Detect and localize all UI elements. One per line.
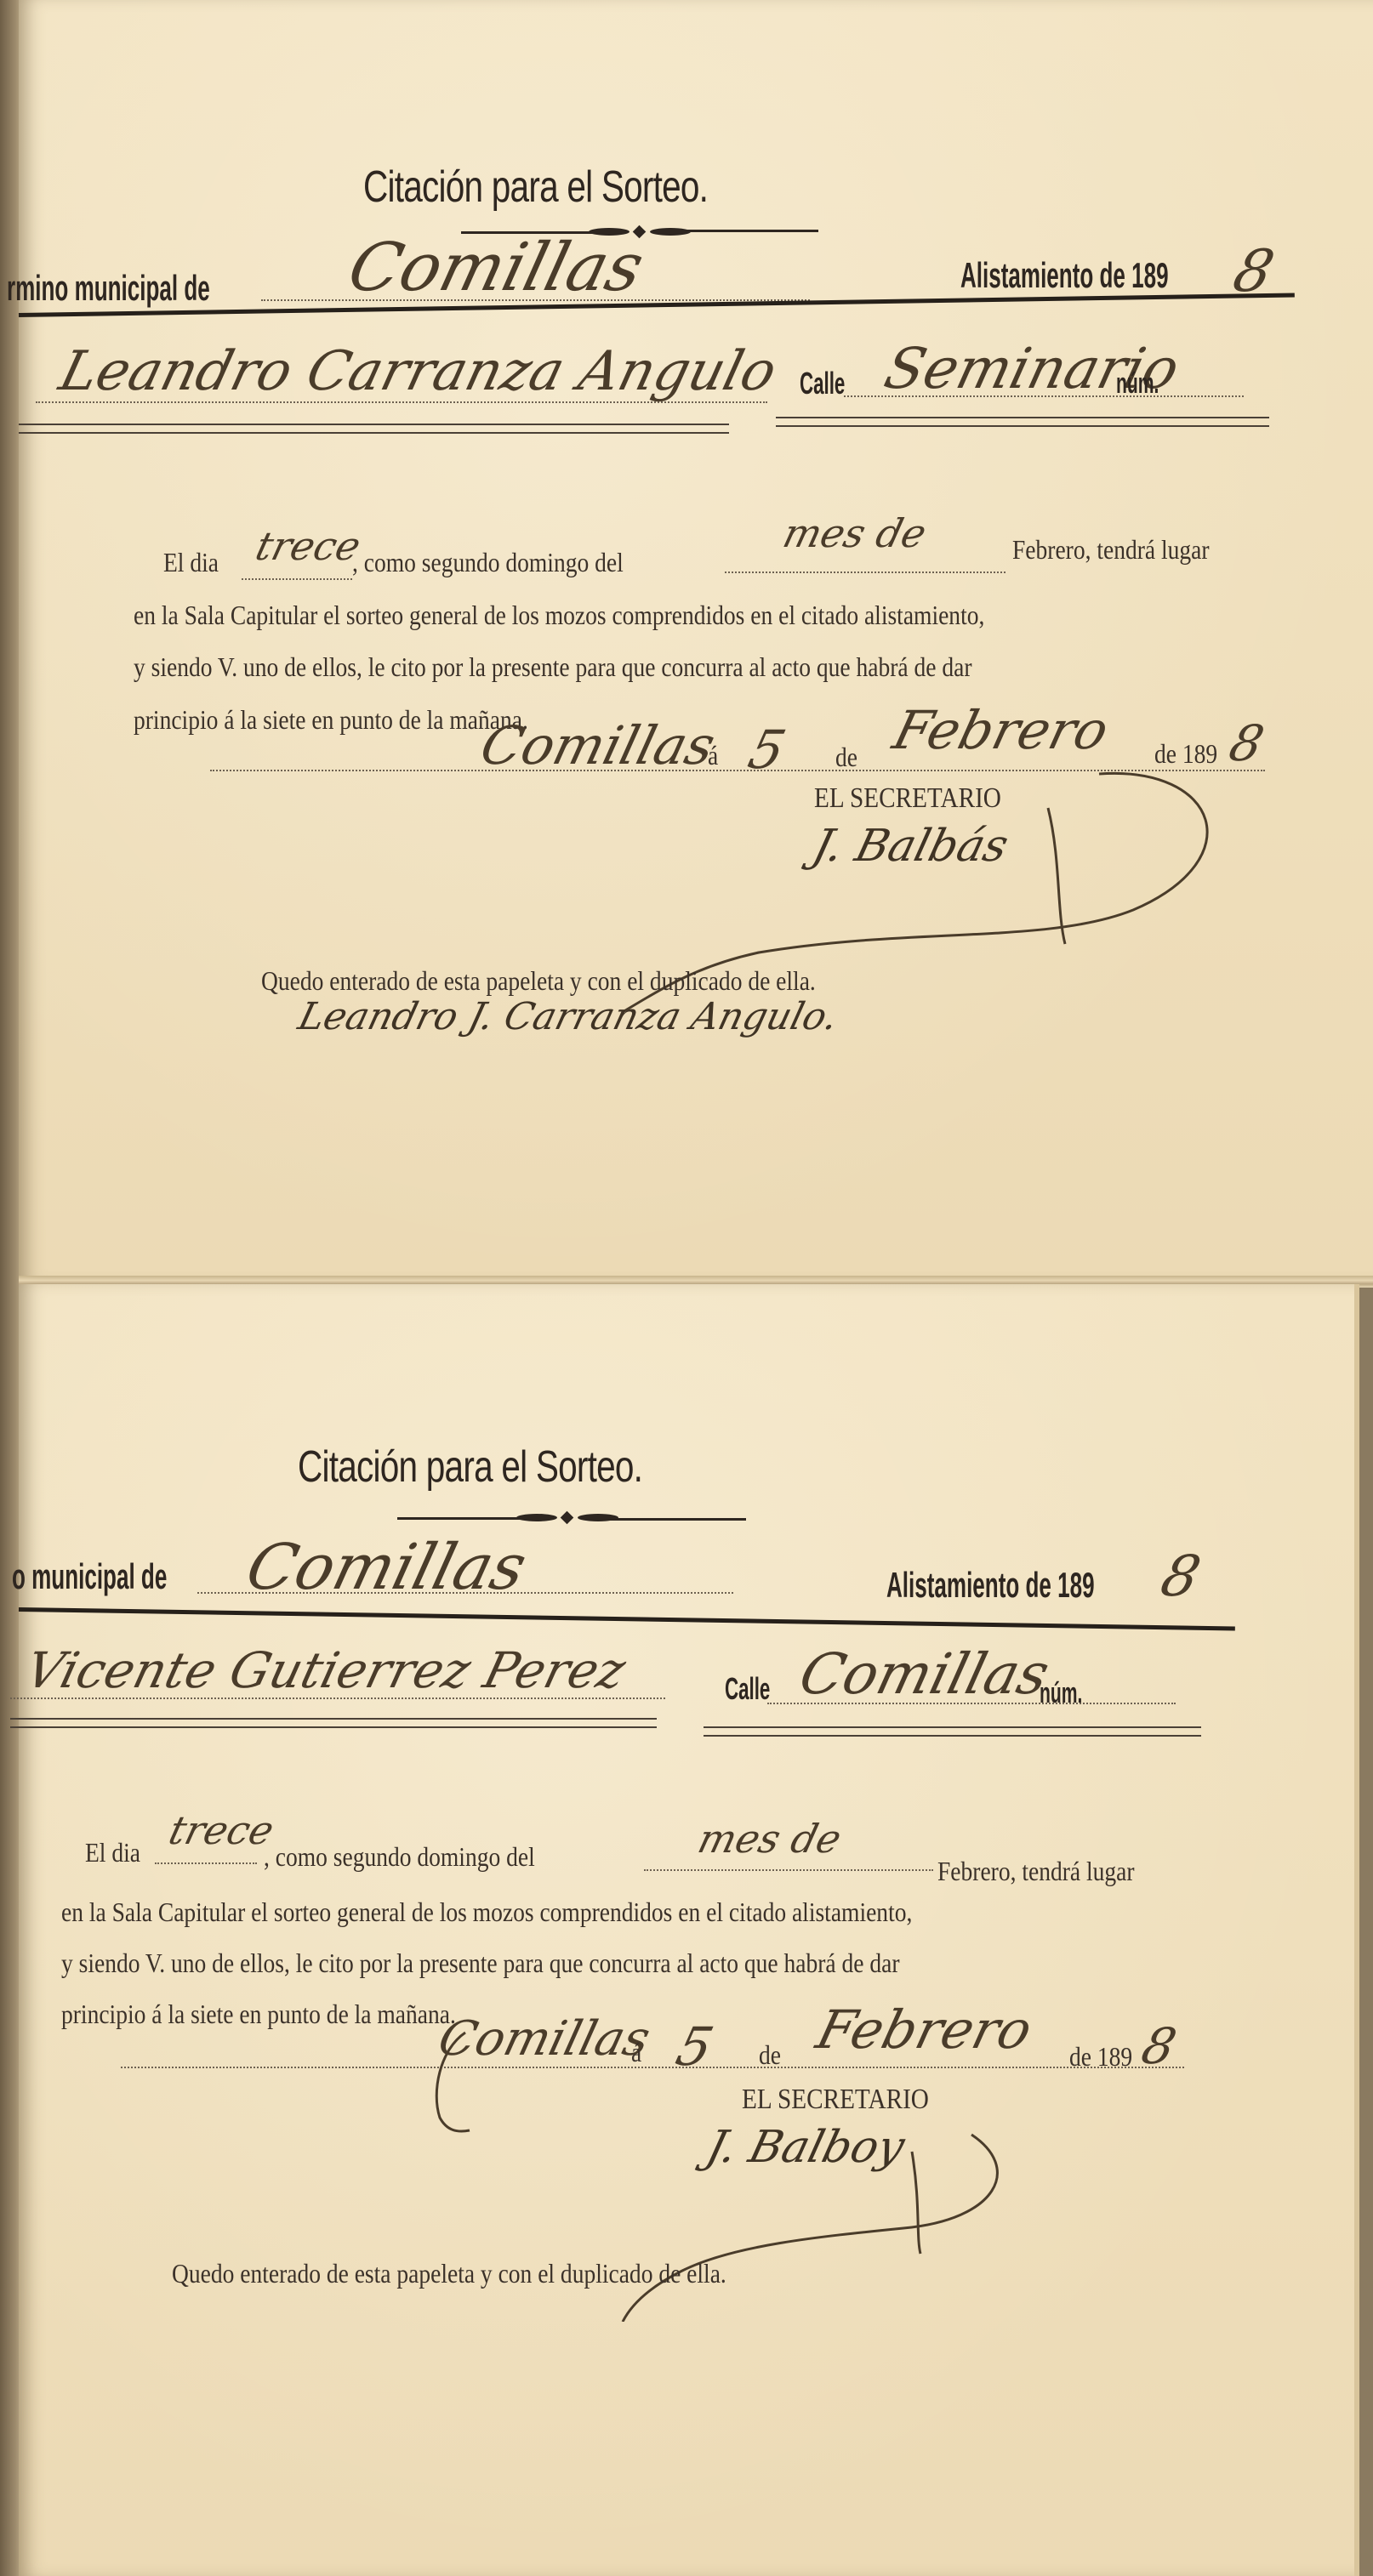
- enlistment-label: Alistamiento de 189: [886, 1565, 1095, 1606]
- name-double-rule: [10, 1718, 657, 1728]
- year-label: de 189: [1154, 738, 1217, 770]
- para-suffix: Febrero, tendrá lugar: [1012, 534, 1210, 566]
- recipient-name: Leandro Carranza Angulo: [54, 340, 783, 403]
- recipient-signature: Leandro J. Carranza Angulo.: [294, 995, 843, 1038]
- day-number: 5: [670, 2016, 720, 2078]
- municipality-value: Comillas: [239, 1531, 533, 1604]
- municipality-label: rmino municipal de: [7, 268, 210, 309]
- year-digit: 8: [1224, 714, 1270, 772]
- month-hand: Febrero: [887, 699, 1115, 761]
- date-line: [121, 2067, 1184, 2068]
- street-double-rule: [776, 417, 1269, 427]
- para-line-4: principio á la siete en punto de la maña…: [61, 1999, 456, 2030]
- street-double-rule: [704, 1726, 1201, 1737]
- date-de: de: [835, 742, 857, 773]
- date-de: de: [759, 2039, 781, 2071]
- day-line: [242, 578, 352, 580]
- secretary-label: EL SECRETARIO: [814, 782, 1001, 815]
- para-line-2: en la Sala Capitular el sorteo general d…: [61, 1896, 912, 1928]
- year-label: de 189: [1069, 2041, 1132, 2073]
- header-rule: [19, 293, 1295, 317]
- acknowledgement-text: Quedo enterado de esta papeleta y con el…: [261, 965, 816, 997]
- date-a: á: [631, 2037, 641, 2068]
- citation-page-2: Citación para el Sorteo. o municipal de …: [19, 1284, 1359, 2576]
- month-line: [644, 1869, 933, 1871]
- month-phrase: mes de: [693, 1816, 846, 1862]
- title-ornament: [397, 1511, 746, 1525]
- para-mid: , como segundo domingo del: [352, 547, 624, 578]
- para-line-3: y siendo V. uno de ellos, le cito por la…: [61, 1948, 900, 1979]
- day-number: 5: [743, 719, 792, 781]
- month-phrase: mes de: [778, 510, 931, 556]
- recipient-name: Vicente Gutierrez Perez: [20, 1641, 632, 1699]
- place-hand: Comillas: [475, 714, 721, 776]
- acknowledgement-text: Quedo enterado de esta papeleta y con el…: [172, 2258, 726, 2289]
- day-word: trece: [164, 1807, 278, 1853]
- para-prefix: El dia: [163, 547, 219, 578]
- place-hand: Comillas: [433, 2011, 656, 2067]
- secretary-signature: J. Balbás: [808, 821, 1014, 872]
- street-label: Calle: [800, 366, 845, 401]
- date-a: á: [708, 740, 718, 771]
- enlistment-label: Alistamiento de 189: [960, 255, 1169, 296]
- street-label: Calle: [725, 1671, 770, 1707]
- document-title: Citación para el Sorteo.: [363, 162, 708, 213]
- secretary-signature: J. Balboy: [702, 2122, 910, 2173]
- street-value: Comillas: [793, 1641, 1056, 1707]
- number-label: núm.: [1116, 367, 1159, 401]
- para-line-3: y siendo V. uno de ellos, le cito por la…: [134, 651, 972, 683]
- para-line-2: en la Sala Capitular el sorteo general d…: [134, 600, 984, 631]
- municipality-label: o municipal de: [12, 1556, 167, 1597]
- para-mid: , como segundo domingo del: [264, 1841, 535, 1873]
- para-line-4: principio á la siete en punto de la maña…: [134, 704, 528, 736]
- name-double-rule: [19, 424, 729, 434]
- secretary-label: EL SECRETARIO: [742, 2084, 929, 2116]
- date-line: [210, 770, 1265, 771]
- month-hand: Febrero: [811, 1999, 1039, 2061]
- number-label: núm.: [1040, 1677, 1082, 1710]
- para-prefix: El dia: [85, 1837, 140, 1868]
- day-line: [155, 1862, 257, 1864]
- enlistment-year-digit: 8: [1154, 1544, 1206, 1609]
- month-line: [725, 571, 1006, 573]
- municipality-value: Comillas: [341, 230, 651, 306]
- day-word: trece: [251, 523, 365, 569]
- header-rule: [19, 1607, 1235, 1630]
- document-title: Citación para el Sorteo.: [298, 1442, 642, 1493]
- para-suffix: Febrero, tendrá lugar: [937, 1856, 1135, 1887]
- citation-page-1: Citación para el Sorteo. rmino municipal…: [19, 0, 1373, 1282]
